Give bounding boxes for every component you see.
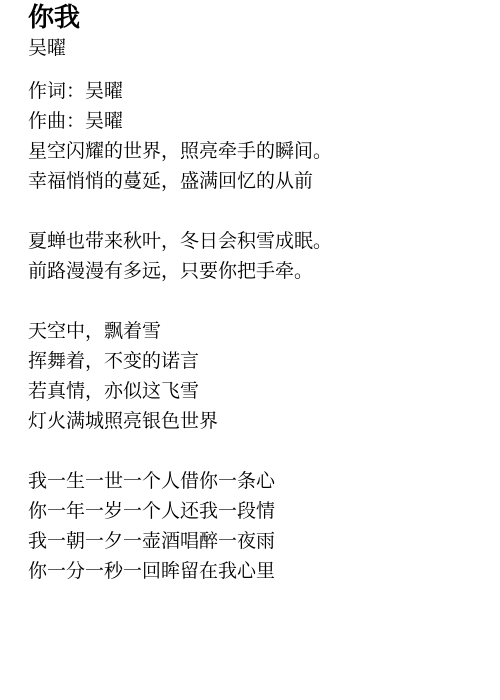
lyric-line: 前路漫漫有多远，只要你把手牵。 bbox=[28, 257, 470, 287]
stanza: 夏蝉也带来秋叶，冬日会积雪成眠。前路漫漫有多远，只要你把手牵。 bbox=[28, 227, 470, 287]
stanza: 天空中，飘着雪挥舞着，不变的诺言若真情，亦似这飞雪灯火满城照亮银色世界 bbox=[28, 317, 470, 437]
lyric-line: 你一分一秒一回眸留在我心里 bbox=[28, 557, 470, 587]
stanza: 星空闪耀的世界，照亮牵手的瞬间。幸福悄悄的蔓延，盛满回忆的从前 bbox=[28, 137, 470, 197]
lyric-line: 灯火满城照亮银色世界 bbox=[28, 407, 470, 437]
lyric-line: 夏蝉也带来秋叶，冬日会积雪成眠。 bbox=[28, 227, 470, 257]
song-title: 你我 bbox=[28, 0, 470, 34]
composer-credit: 作曲：吴曜 bbox=[28, 107, 470, 137]
stanza: 我一生一世一个人借你一条心你一年一岁一个人还我一段情我一朝一夕一壶酒唱醉一夜雨你… bbox=[28, 467, 470, 587]
lyric-line: 幸福悄悄的蔓延，盛满回忆的从前 bbox=[28, 167, 470, 197]
lyric-line: 若真情，亦似这飞雪 bbox=[28, 377, 470, 407]
lyric-line: 挥舞着，不变的诺言 bbox=[28, 347, 470, 377]
lyrics-body: 作词：吴曜 作曲：吴曜 星空闪耀的世界，照亮牵手的瞬间。幸福悄悄的蔓延，盛满回忆… bbox=[28, 77, 470, 587]
lyric-line: 星空闪耀的世界，照亮牵手的瞬间。 bbox=[28, 137, 470, 167]
artist-name: 吴曜 bbox=[28, 34, 470, 64]
lyric-line: 我一朝一夕一壶酒唱醉一夜雨 bbox=[28, 527, 470, 557]
lyricist-credit: 作词：吴曜 bbox=[28, 77, 470, 107]
lyrics-page: 你我 吴曜 作词：吴曜 作曲：吴曜 星空闪耀的世界，照亮牵手的瞬间。幸福悄悄的蔓… bbox=[0, 0, 500, 700]
lyric-line: 天空中，飘着雪 bbox=[28, 317, 470, 347]
stanzas: 星空闪耀的世界，照亮牵手的瞬间。幸福悄悄的蔓延，盛满回忆的从前夏蝉也带来秋叶，冬… bbox=[28, 137, 470, 587]
lyric-line: 我一生一世一个人借你一条心 bbox=[28, 467, 470, 497]
lyric-line: 你一年一岁一个人还我一段情 bbox=[28, 497, 470, 527]
credits: 作词：吴曜 作曲：吴曜 bbox=[28, 77, 470, 137]
